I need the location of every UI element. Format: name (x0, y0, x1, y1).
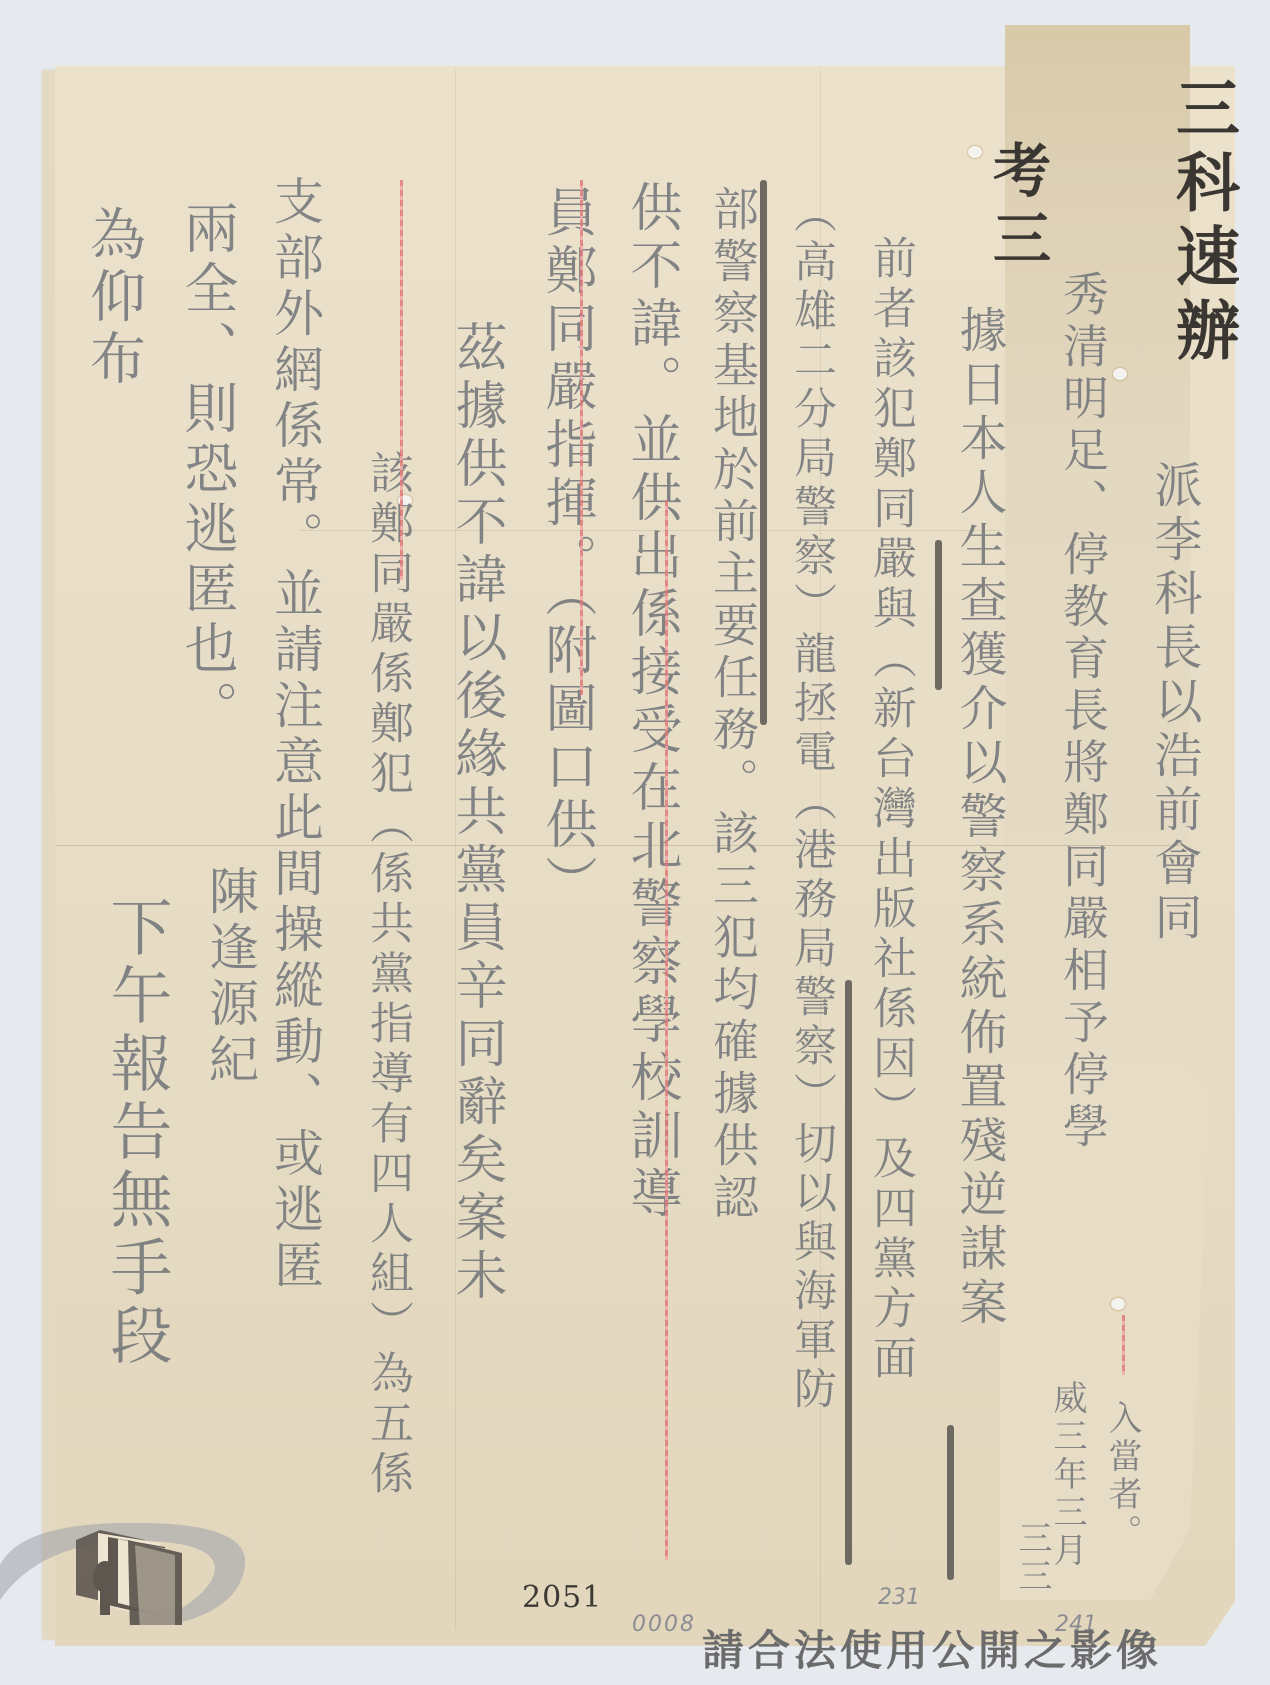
margin-number: 231 (878, 1585, 920, 1610)
paper-hole (968, 146, 982, 158)
red-mark-line (1122, 1315, 1125, 1375)
text-column: 支部外網係常。並請注意此間操縱動、或逃匿 (270, 175, 320, 1295)
text-column: 前者該犯鄭同嚴與（新台灣出版社係因）及四黨方面 (868, 235, 912, 1385)
signature-column: 下午報告無手段 (105, 895, 167, 1371)
paper-fold-horizontal (55, 845, 1185, 846)
ink-mark-bar (935, 540, 942, 690)
pencil-page-number: 0008 (632, 1612, 696, 1637)
ink-mark-bar (760, 180, 767, 725)
paper-hole (1111, 1298, 1125, 1310)
text-column: 供不諱。並供出係接受在北警察學校訓導 (625, 180, 677, 1224)
text-column: 兩全、則恐逃匿也。 (180, 200, 234, 740)
date-note: 威三年三月 (1050, 1380, 1084, 1570)
text-column: 員鄭同嚴指揮。（附圖口供） (540, 185, 592, 913)
text-column: 據日本人生查獲介以警察系統佈置殘逆謀案 (955, 305, 1003, 1331)
paper-hole (1113, 368, 1127, 380)
heading-brush-title: 三科速辦 (1170, 75, 1234, 371)
text-column: 秀清明足、停教育長將鄭同嚴相予停學 (1060, 270, 1106, 1154)
ink-mark-bar (845, 980, 852, 1565)
heading-brush-ref: 考三 (988, 140, 1046, 276)
side-note: 入當者。 (1105, 1400, 1139, 1552)
text-column: 派李科長以浩前會同 (1150, 460, 1198, 946)
red-pencil-line (400, 180, 403, 580)
text-column: （高雄二分局警察）龍拯電（港務局警察）切以與海軍防 (790, 190, 833, 1415)
text-column: 該鄭同嚴係鄭犯（係共黨指導有四人組）為五係 (365, 450, 409, 1500)
archive-book-keyhole-icon (0, 1485, 260, 1625)
signature-column: 陳逢源紀 (205, 865, 255, 1089)
red-pencil-line (665, 500, 668, 1560)
red-pencil-line (580, 180, 583, 695)
date-day-note: 三三 (1015, 1520, 1049, 1596)
ink-mark-bar (947, 1425, 954, 1580)
text-column: 為仰布 (85, 205, 141, 391)
text-column: 部警察基地於前主要任務。該三犯均確據供認 (710, 185, 756, 1225)
usage-notice-caption: 請合法使用公開之影像 (702, 1618, 1162, 1678)
archive-stamp-number: 2051 (522, 1580, 602, 1615)
text-column: 茲據供不諱以後緣共黨員辛同辭矣案未 (450, 320, 502, 1306)
